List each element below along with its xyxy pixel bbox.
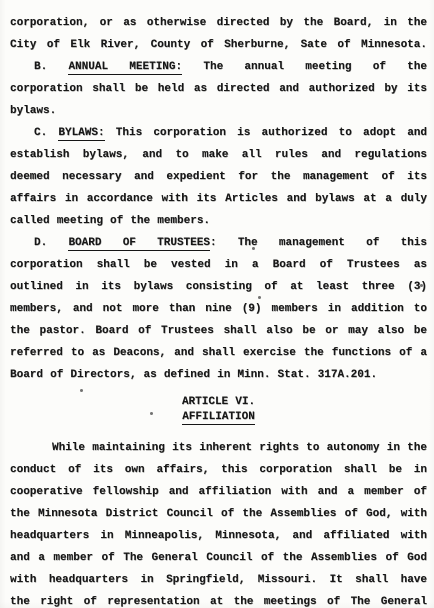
text-segment: bylaws. <box>10 105 56 117</box>
text-segment: : The management of this <box>210 237 427 249</box>
scan-speckle <box>80 389 83 392</box>
text-segment: outlined in its bylaws consisting of at … <box>10 281 427 293</box>
text-line: members, and not more than nine (9) memb… <box>10 298 427 320</box>
text-segment: Board of Directors, as defined in Minn. … <box>10 369 377 381</box>
text-segment: deemed necessary and expedient for the m… <box>10 171 427 183</box>
scan-speckle <box>150 412 153 415</box>
scan-speckle <box>258 296 261 299</box>
text-segment: C. <box>34 127 58 139</box>
text-segment: establish bylaws, and to make all rules … <box>10 149 427 161</box>
text-segment: B. <box>34 61 68 73</box>
text-segment: called meeting of the members. <box>10 215 210 227</box>
text-segment: This corporation is authorized to adopt … <box>105 127 427 139</box>
para-affiliation: While maintaining its inherent rights to… <box>10 437 427 608</box>
para-board-of-trustees: D. BOARD OF TRUSTEES: The management of … <box>10 232 427 386</box>
text-segment: headquarters in Minneapolis, Minnesota, … <box>10 530 427 542</box>
text-line: City of Elk River, County of Sherburne, … <box>10 34 427 56</box>
text-segment: cooperative fellowship and affiliation w… <box>10 486 427 498</box>
document-text-block: corporation, or as otherwise directed by… <box>10 12 427 608</box>
scan-speckle <box>252 247 255 250</box>
underlined-heading-text: ANNUAL MEETING: <box>68 61 182 75</box>
underlined-heading-text: BOARD OF TRUSTEES <box>68 237 210 251</box>
text-line: referred to as Deacons, and shall exerci… <box>10 342 427 364</box>
text-segment: conduct of its own affairs, this corpora… <box>10 464 427 476</box>
text-line: AFFILIATION <box>10 410 427 425</box>
text-line: corporation shall be vested in a Board o… <box>10 254 427 276</box>
article-vi-heading: ARTICLE VI.AFFILIATION <box>10 395 427 425</box>
text-line: outlined in its bylaws consisting of at … <box>10 276 427 298</box>
text-segment: ARTICLE VI. <box>182 396 255 408</box>
text-segment: affairs in accordance with its Articles … <box>10 193 427 205</box>
para-principal-office-continuation: corporation, or as otherwise directed by… <box>10 12 427 56</box>
text-line: Board of Directors, as defined in Minn. … <box>10 364 427 386</box>
text-line: While maintaining its inherent rights to… <box>10 437 427 459</box>
text-segment: While maintaining its inherent rights to… <box>52 442 427 454</box>
text-segment: City of Elk River, County of Sherburne, … <box>10 39 427 51</box>
para-bylaws: C. BYLAWS: This corporation is authorize… <box>10 122 427 232</box>
text-line: C. BYLAWS: This corporation is authorize… <box>10 122 427 144</box>
text-line: and a member of The General Council of t… <box>10 547 427 569</box>
para-annual-meeting: B. ANNUAL MEETING: The annual meeting of… <box>10 56 427 122</box>
text-segment: The annual meeting of the <box>182 61 427 73</box>
text-line: the pastor. Board of Trustees shall also… <box>10 320 427 342</box>
text-line: ARTICLE VI. <box>10 395 427 410</box>
text-segment: members, and not more than nine (9) memb… <box>10 303 427 315</box>
text-line: establish bylaws, and to make all rules … <box>10 144 427 166</box>
text-line: D. BOARD OF TRUSTEES: The management of … <box>10 232 427 254</box>
text-segment: D. <box>34 237 68 249</box>
text-line: the Minnesota District Council of the As… <box>10 503 427 525</box>
text-segment: and a member of The General Council of t… <box>10 552 427 564</box>
underlined-heading-text: AFFILIATION <box>182 411 255 425</box>
text-line: corporation, or as otherwise directed by… <box>10 12 427 34</box>
text-line: corporation shall be held as directed an… <box>10 78 427 100</box>
text-line: headquarters in Minneapolis, Minnesota, … <box>10 525 427 547</box>
scan-speckle <box>420 284 423 287</box>
text-segment: referred to as Deacons, and shall exerci… <box>10 347 427 359</box>
text-line: bylaws. <box>10 100 427 122</box>
text-segment: corporation, or as otherwise directed by… <box>10 17 427 29</box>
underlined-heading-text: BYLAWS: <box>58 127 104 141</box>
text-line: conduct of its own affairs, this corpora… <box>10 459 427 481</box>
text-line: affairs in accordance with its Articles … <box>10 188 427 210</box>
text-segment: corporation shall be held as directed an… <box>10 83 427 95</box>
text-segment: the Minnesota District Council of the As… <box>10 508 427 520</box>
text-line: with headquarters in Springfield, Missou… <box>10 569 427 591</box>
text-segment: the right of representation at the meeti… <box>10 596 427 608</box>
text-line: B. ANNUAL MEETING: The annual meeting of… <box>10 56 427 78</box>
scanned-document-page: corporation, or as otherwise directed by… <box>0 0 434 608</box>
text-line: cooperative fellowship and affiliation w… <box>10 481 427 503</box>
text-segment: the pastor. Board of Trustees shall also… <box>10 325 427 337</box>
text-line: called meeting of the members. <box>10 210 427 232</box>
text-line: deemed necessary and expedient for the m… <box>10 166 427 188</box>
text-segment: corporation shall be vested in a Board o… <box>10 259 427 271</box>
text-segment: with headquarters in Springfield, Missou… <box>10 574 427 586</box>
text-line: the right of representation at the meeti… <box>10 591 427 608</box>
